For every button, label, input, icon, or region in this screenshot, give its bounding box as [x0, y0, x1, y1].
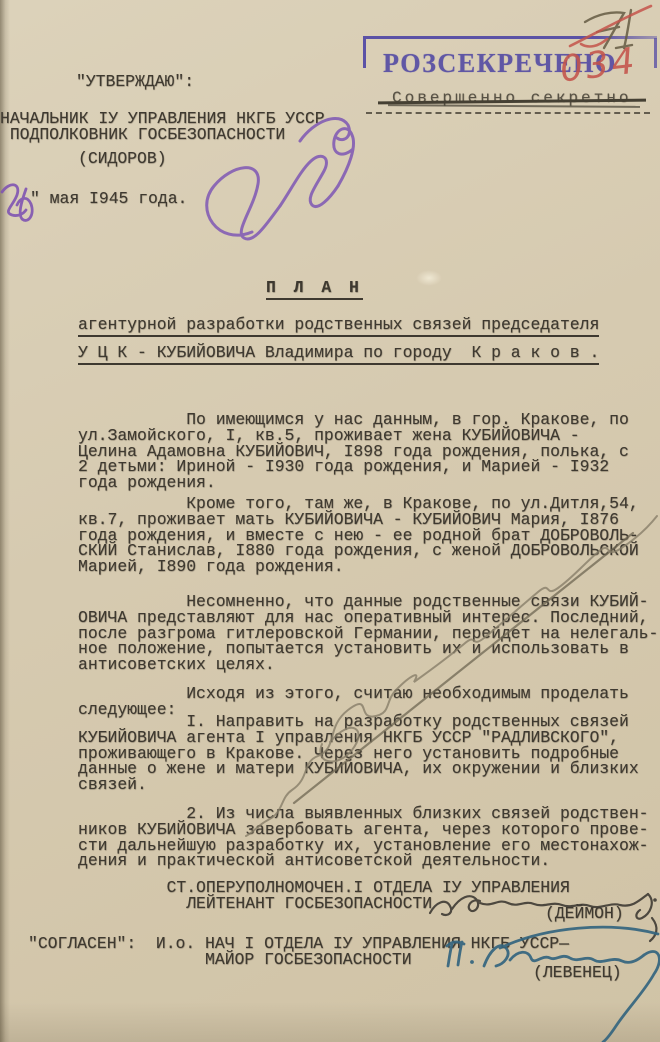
- plan-item-1: I. Направить на разработку родственных с…: [78, 714, 639, 793]
- officer-position: СТ.ОПЕРУПОЛНОМОЧЕН.I ОТДЕЛА ІУ УПРАВЛЕНИ…: [78, 880, 570, 912]
- stamp-border-right: [654, 38, 657, 68]
- scan-bottom-shade: [0, 1002, 660, 1042]
- document-title: П Л А Н: [266, 280, 363, 300]
- agreed-position: "СОГЛАСЕН": И.о. НАЧ I ОТДЕЛА ІУ УПРАВЛЕ…: [28, 936, 569, 968]
- date-line: " мая I945 года.: [30, 191, 187, 207]
- classification-underline: [366, 112, 650, 114]
- agreed-name: (ЛЕВЕНЕЦ): [533, 965, 622, 981]
- title-subline-2: У Ц К - КУБИЙОВИЧА Владимира по городу К…: [78, 345, 599, 365]
- approver-position: НАЧАЛЬНИК ІУ УПРАВЛЕНИЯ НКГБ УССР ПОДПОЛ…: [0, 111, 325, 143]
- paragraph-wife: По имеющимся у нас данным, в гор. Краков…: [78, 412, 629, 491]
- archive-number-red: 034: [558, 43, 640, 88]
- title-subline-1: агентурной разработки родственных связей…: [78, 317, 599, 337]
- paragraph-interest: Несомненно, что данные родственные связи…: [78, 594, 658, 673]
- officer-name: (ДЕЙМОН): [545, 906, 624, 922]
- plan-item-2: 2. Из числа выявленных близких связей ро…: [78, 806, 649, 869]
- paper-blotch: [416, 270, 442, 286]
- stamp-border-left: [363, 36, 366, 68]
- document-page: РОЗСЕКРЕЧЕНО Совершенно секретно 034 "УТ…: [0, 0, 660, 1042]
- approve-label: "УТВЕРЖДАЮ":: [76, 74, 194, 90]
- stamp-border-top: [363, 36, 657, 39]
- approver-name: (СИДОРОВ): [78, 151, 167, 167]
- paragraph-mother: Кроме того, там же, в Кракове, по ул.Дит…: [78, 496, 639, 575]
- scan-edge-shadow: [0, 0, 10, 1042]
- strikethrough-line: [388, 104, 640, 108]
